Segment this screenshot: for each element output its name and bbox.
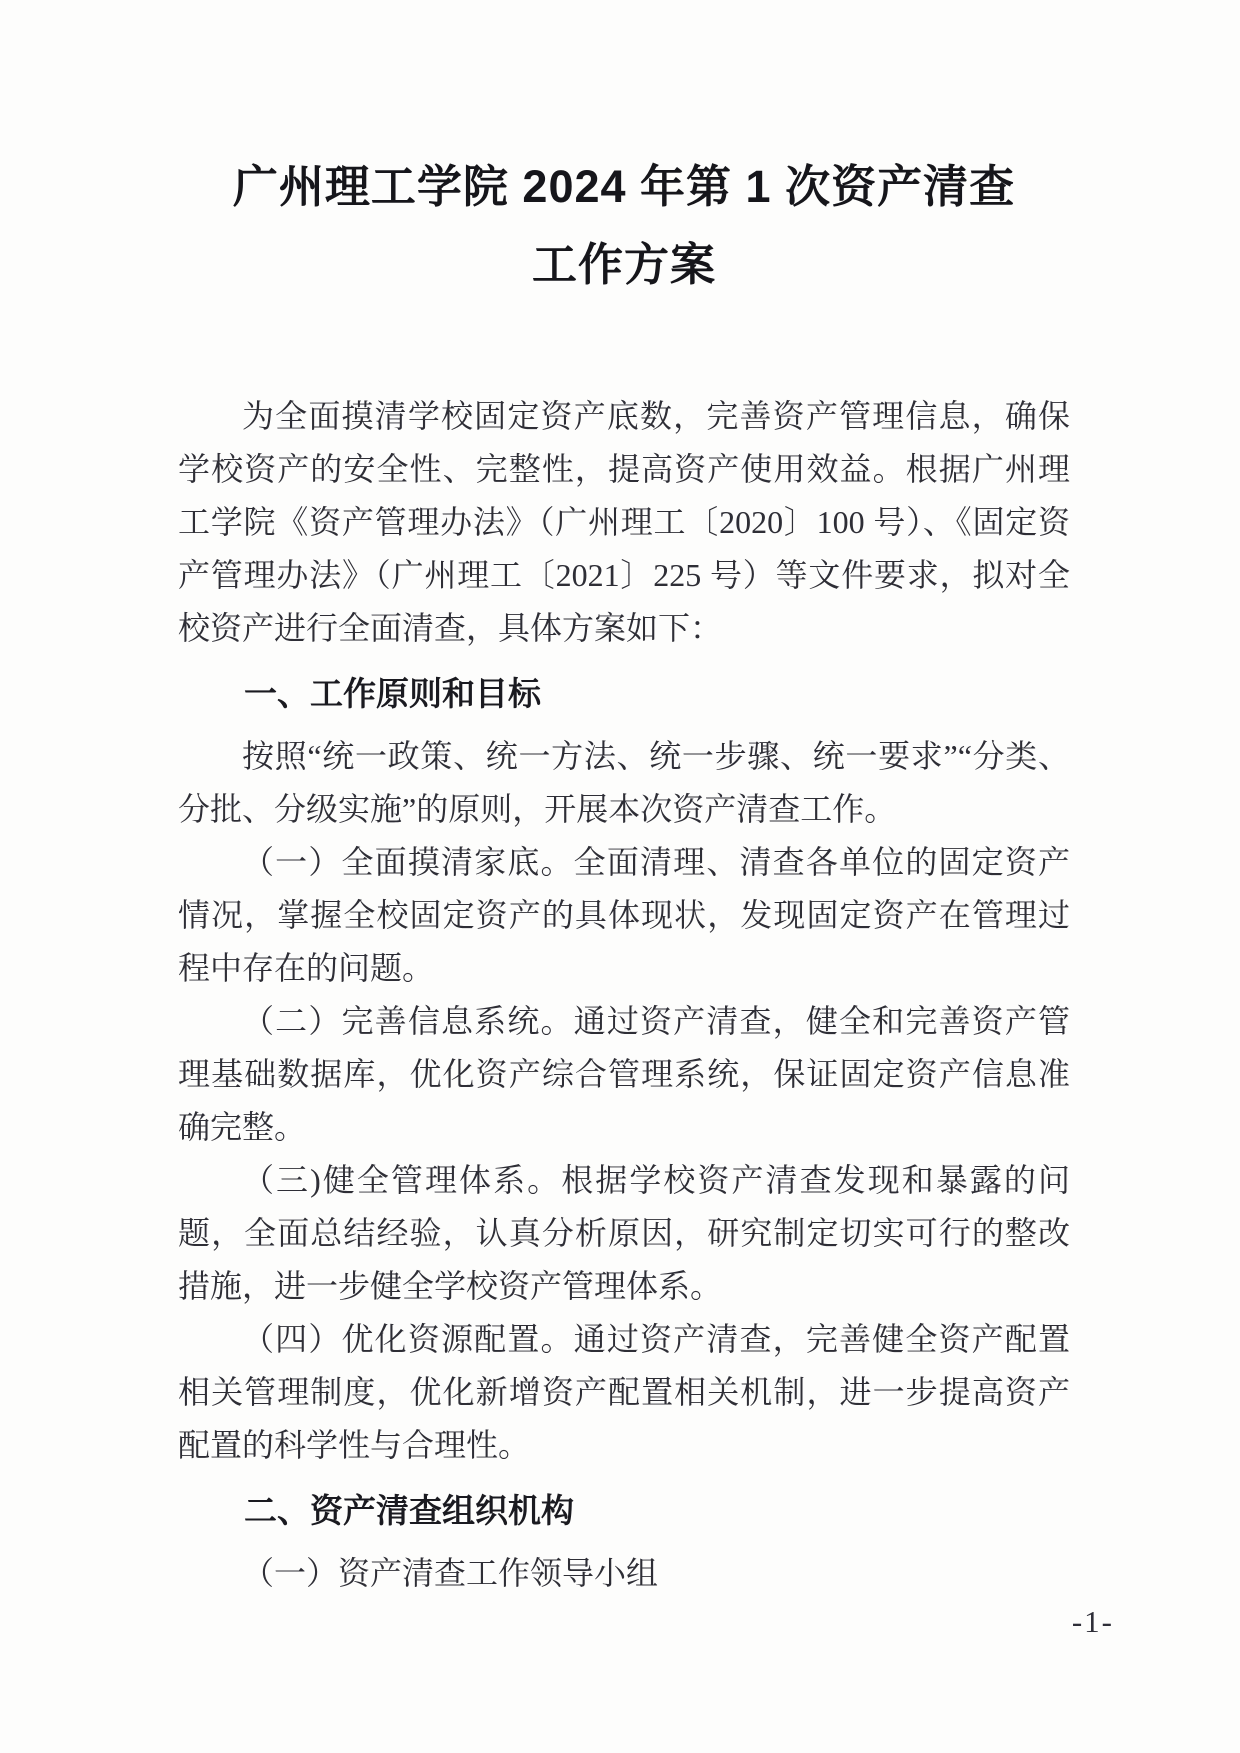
document-title: 广州理工学院 2024 年第 1 次资产清查 工作方案 bbox=[178, 148, 1070, 304]
paragraph: （一）资产清查工作领导小组 bbox=[178, 1547, 1070, 1600]
document-title-line2: 工作方案 bbox=[178, 226, 1070, 304]
paragraph: 为全面摸清学校固定资产底数，完善资产管理信息，确保学校资产的安全性、完整性，提高… bbox=[178, 390, 1070, 655]
paragraph: 按照“统一政策、统一方法、统一步骤、统一要求”“分类、分批、分级实施”的原则，开… bbox=[178, 730, 1070, 836]
document-title-line1: 广州理工学院 2024 年第 1 次资产清查 bbox=[178, 148, 1070, 226]
section-heading: 二、资产清查组织机构 bbox=[178, 1484, 1070, 1537]
paragraph: （三)健全管理体系。根据学校资产清查发现和暴露的问题，全面总结经验，认真分析原因… bbox=[178, 1154, 1070, 1313]
section-heading: 一、工作原则和目标 bbox=[178, 667, 1070, 720]
paragraph: （四）优化资源配置。通过资产清查，完善健全资产配置相关管理制度，优化新增资产配置… bbox=[178, 1313, 1070, 1472]
paragraph: （一）全面摸清家底。全面清理、清查各单位的固定资产情况，掌握全校固定资产的具体现… bbox=[178, 836, 1070, 995]
paragraph: （二）完善信息系统。通过资产清查，健全和完善资产管理基础数据库，优化资产综合管理… bbox=[178, 995, 1070, 1154]
page-number: -1- bbox=[1072, 1604, 1114, 1640]
document-body: 为全面摸清学校固定资产底数，完善资产管理信息，确保学校资产的安全性、完整性，提高… bbox=[178, 390, 1070, 1600]
document-page: 广州理工学院 2024 年第 1 次资产清查 工作方案 为全面摸清学校固定资产底… bbox=[0, 0, 1240, 1753]
document-content: 广州理工学院 2024 年第 1 次资产清查 工作方案 为全面摸清学校固定资产底… bbox=[178, 148, 1070, 1600]
